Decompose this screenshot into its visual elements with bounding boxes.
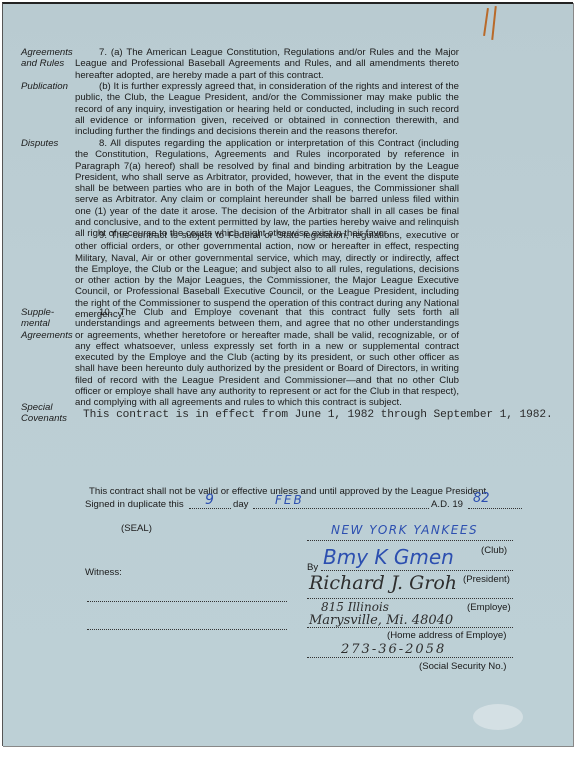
address-line-1: 815 Illinois [321, 600, 389, 614]
paragraph-7a: 7. (a) The American League Constitution,… [75, 47, 459, 81]
address-line-2: Marysville, Mi. 48040 [309, 613, 453, 628]
ink-stain [483, 8, 489, 36]
president-signature: Bmy K Gmen [323, 545, 454, 569]
president-line [321, 570, 513, 571]
signed-in-duplicate-label: Signed in duplicate this [85, 499, 184, 510]
employe-line [307, 598, 513, 599]
special-covenants-text: This contract is in effect from June 1, … [83, 409, 553, 421]
contract-page: Agreements and Rules 7. (a) The American… [2, 2, 573, 746]
ssn-line [307, 657, 513, 658]
club-line [307, 540, 513, 541]
ad-year-label: A.D. 19 [431, 499, 463, 510]
month-line [253, 508, 429, 509]
margin-label-disputes: Disputes [21, 138, 81, 149]
margin-label-special-covenants: Special Covenants [21, 402, 81, 425]
paragraph-7b: (b) It is further expressly agreed that,… [75, 81, 459, 137]
year-value: 82 [473, 491, 490, 506]
witness-line-1 [87, 601, 287, 602]
club-caption: (Club) [481, 545, 507, 556]
employe-caption: (Employe) [467, 602, 511, 613]
year-line [468, 508, 522, 509]
paragraph-10: 10. The Club and Employe covenant that t… [75, 307, 459, 409]
address-caption: (Home address of Employe) [387, 630, 506, 641]
paper-wear-mark [473, 704, 523, 730]
ssn-value: 273-36-2058 [341, 642, 446, 657]
day-label: day [233, 499, 248, 510]
witness-line-2 [87, 629, 287, 630]
ssn-caption: (Social Security No.) [419, 661, 506, 672]
month-value: FEB [275, 493, 304, 507]
president-caption: (President) [463, 574, 510, 585]
margin-label-publication: Publication [21, 81, 81, 92]
margin-label-agreements: Agreements and Rules [21, 47, 81, 70]
seal-label: (SEAL) [121, 523, 152, 534]
ink-stain [491, 6, 497, 40]
employe-signature: Richard J. Groh [309, 572, 457, 594]
margin-label-supplemental: Supple- mental Agreements [21, 307, 81, 341]
day-line [189, 508, 231, 509]
address-line [307, 627, 513, 628]
witness-label: Witness: [85, 567, 122, 578]
paragraph-8: 8. All disputes regarding the applicatio… [75, 138, 459, 240]
day-value: 9 [205, 492, 214, 508]
club-value: NEW YORK YANKEES [331, 523, 478, 537]
